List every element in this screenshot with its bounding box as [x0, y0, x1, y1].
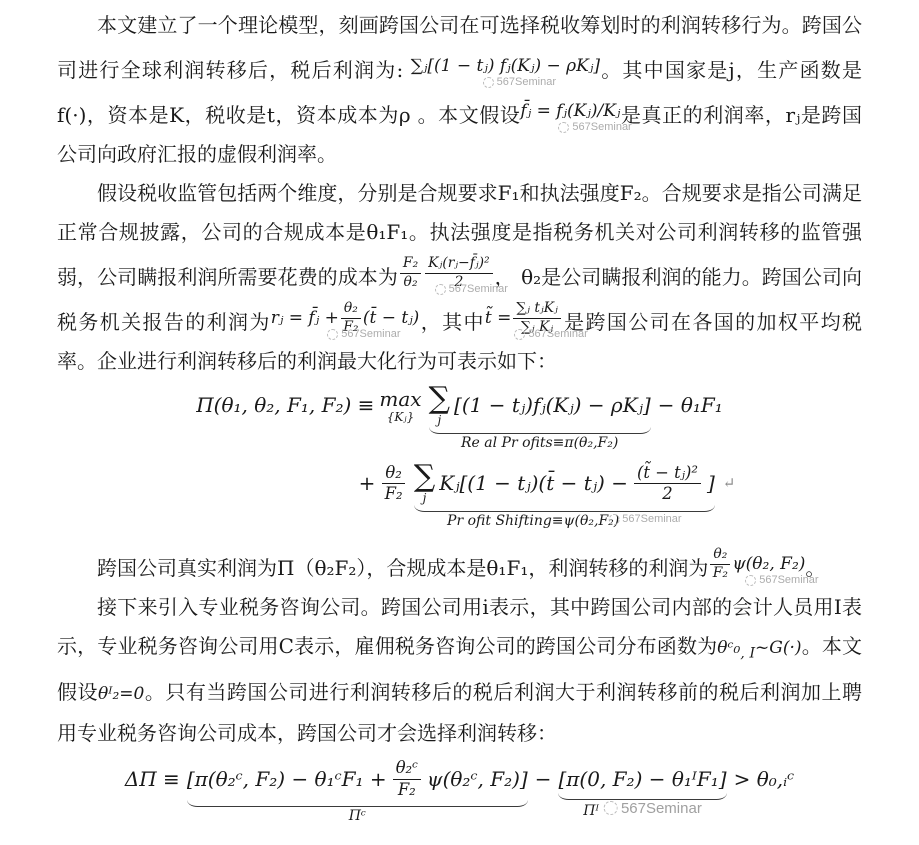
underbrace: [187, 800, 528, 807]
formula-text: rⱼ = f̄ⱼ +θ₂F₂(t̄ − tⱼ): [271, 308, 420, 328]
paragraph-model-intro: 本文建立了一个理论模型，刻画跨国公司在可选择税收筹划时的利润转移行为。跨国公司进…: [57, 6, 862, 174]
formula-line: ΔΠ ≡ [π(θ₂ᶜ, F₂) − θ₁ᶜF₁ + θ₂ᶜF₂ ψ(θ₂ᶜ, …: [125, 759, 794, 799]
pi-i-term: [π(0, F₂) − θ₁ᴵF₁] Πᴵ567Seminar: [556, 767, 728, 792]
operator: max: [379, 389, 421, 409]
fraction-numerator: Kⱼ(rⱼ−f̄ⱼ)²: [425, 256, 492, 274]
underbrace-label-pi-i: Πᴵ567Seminar: [583, 801, 702, 821]
document-page: 本文建立了一个理论模型，刻画跨国公司在可选择税收筹划时的利润转移行为。跨国公司进…: [0, 0, 919, 845]
term-body: [π(0, F₂) − θ₁ᴵF₁]: [558, 767, 726, 792]
fraction: ∑ⱼ tⱼKⱼ∑ⱼ Kⱼ: [513, 301, 560, 335]
formula-subscript: , I: [740, 645, 755, 661]
label-text: Re al Pr ofits≡π(θ₂,F₂): [461, 435, 618, 453]
term-tail: − θ₁F₁: [658, 393, 723, 418]
underbrace: [414, 505, 715, 512]
term-body: Kⱼ[(1 − tⱼ)(t̄ − tⱼ) −: [439, 471, 628, 496]
underbrace: [558, 793, 726, 800]
sum-operator: ∑j: [429, 385, 450, 426]
watermark-logo-icon: [483, 77, 494, 88]
max-operator: max{Kⱼ}: [379, 389, 421, 423]
formula-lhs: rⱼ = f̄ⱼ +: [271, 308, 339, 328]
formula-text: θᶜ₀: [717, 638, 740, 658]
term-body-close: ψ(θ₂ᶜ, F₂)]: [427, 767, 528, 792]
text-run: 。: [805, 556, 825, 580]
formula-participation-condition: ΔΠ ≡ [π(θ₂ᶜ, F₂) − θ₁ᶜF₁ + θ₂ᶜF₂ ψ(θ₂ᶜ, …: [57, 759, 862, 836]
text-run: ，其中: [419, 310, 485, 334]
formula-text: f̄ⱼ = fⱼ(Kⱼ)/Kⱼ: [520, 101, 620, 121]
plus-sign: +: [359, 471, 376, 496]
underbrace-label-pi-c: Πᶜ: [349, 808, 366, 826]
formula-text: ∑ⱼ[(1 − tⱼ) fⱼ(Kⱼ) − ρKⱼ]: [411, 56, 600, 76]
term-body: [π(θ₂ᶜ, F₂) − θ₁ᶜF₁ +: [187, 767, 387, 792]
text-run: 。只有当跨国公司进行利润转移后的税后利润大于利润转移前的税后利润加上聘用专业税务…: [57, 680, 862, 745]
operator-limit: j: [423, 492, 427, 504]
watermark-label: 567Seminar: [622, 514, 681, 525]
formula-text: θ₂F₂ψ(θ₂, F₂): [708, 554, 805, 574]
formula-profit-maximization: Π(θ₁, θ₂, F₁, F₂) ≡ max{Kⱼ} ∑j [(1 − tⱼ)…: [57, 385, 862, 541]
fraction-denominator: 2: [454, 274, 463, 291]
fraction-numerator: θ₂: [382, 464, 404, 484]
operator-limit: j: [437, 414, 441, 426]
text-run: 跨国公司真实利润为Π（θ₂F₂），合规成本是θ₁F₁，利润转移的利润为: [97, 556, 708, 580]
paragraph-consulting: 接下来引入专业税务咨询公司。跨国公司用i表示，其中跨国公司内部的会计人员用I表示…: [57, 588, 862, 753]
paragraph-true-profit: 跨国公司真实利润为Π（θ₂F₂），合规成本是θ₁F₁，利润转移的利润为θ₂F₂ψ…: [57, 543, 862, 588]
condition-tail: > θ₀,ᵢᶜ: [734, 767, 795, 792]
fraction-numerator: (t̃ − tⱼ)²: [634, 464, 701, 484]
formula-rhs: (t̄ − tⱼ): [363, 308, 419, 328]
return-mark: ↵: [723, 474, 736, 493]
formula-distribution: θᶜ₀, I~G(·): [717, 638, 801, 658]
fraction-denominator: F₂: [343, 319, 358, 336]
formula-lhs: t̃ =: [485, 308, 511, 328]
watermark: 567Seminar: [327, 329, 400, 340]
label-text: Pr ofit Shifting≡ψ(θ₂,F₂): [447, 513, 619, 531]
label-text: Πᴵ: [583, 803, 599, 821]
operator: ∑: [414, 463, 435, 490]
watermark-logo-icon: [745, 575, 756, 586]
fraction-denominator: 2: [662, 484, 672, 503]
fraction-denominator: F₂: [385, 484, 403, 503]
formula-after-tax-profit: ∑ⱼ[(1 − tⱼ) fⱼ(Kⱼ) − ρKⱼ]567Seminar: [411, 45, 600, 86]
minus-sign: −: [535, 767, 552, 792]
formula-theta-assumption: θᴵ₂=0: [98, 684, 144, 704]
fraction: θ₂ᶜF₂: [393, 759, 421, 799]
fraction-numerator: ∑ⱼ tⱼKⱼ: [513, 301, 560, 319]
formula-line-1: Π(θ₁, θ₂, F₁, F₂) ≡ max{Kⱼ} ∑j [(1 − tⱼ)…: [196, 385, 723, 426]
underbrace-label-real-profits: Re al Pr ofits≡π(θ₂,F₂): [461, 435, 618, 453]
watermark-logo-icon: [558, 122, 569, 133]
fraction-denominator: F₂: [713, 565, 728, 582]
formula-lhs: ΔΠ ≡: [125, 767, 180, 792]
watermark: 567Seminar: [604, 801, 702, 816]
formula-lhs: Π(θ₁, θ₂, F₁, F₂) ≡: [196, 393, 374, 418]
formula-text: ~G(·): [755, 638, 802, 658]
paragraph-regulation: 假设税收监管包括两个维度，分别是合规要求F₁和执法强度F₂。合规要求是指公司满足…: [57, 174, 862, 381]
underbrace-label-profit-shifting: Pr ofit Shifting≡ψ(θ₂,F₂)567Seminar: [447, 513, 682, 531]
fraction: F₂θ₂: [400, 256, 421, 290]
real-profits-term: ∑j [(1 − tⱼ)fⱼ(Kⱼ) − ρKⱼ] Re al Pr ofits…: [427, 385, 653, 426]
watermark-logo-icon: [604, 801, 618, 815]
pi-c-term: [π(θ₂ᶜ, F₂) − θ₁ᶜF₁ + θ₂ᶜF₂ ψ(θ₂ᶜ, F₂)] …: [185, 759, 530, 799]
formula-true-profit-rate: f̄ⱼ = fⱼ(Kⱼ)/Kⱼ567Seminar: [520, 90, 620, 131]
formula-text: t̃ =∑ⱼ tⱼKⱼ∑ⱼ Kⱼ: [485, 308, 563, 328]
fraction-denominator: ∑ⱼ Kⱼ: [521, 319, 553, 336]
fraction-numerator: θ₂: [710, 547, 730, 565]
fraction-numerator: θ₂: [341, 301, 361, 319]
fraction: θ₂F₂: [382, 464, 404, 504]
watermark-logo-icon: [608, 514, 619, 525]
term-body: [(1 − tⱼ)fⱼ(Kⱼ) − ρKⱼ]: [454, 393, 651, 418]
label-text: Πᶜ: [349, 808, 366, 826]
formula-line-2: + θ₂F₂ ∑j Kⱼ[(1 − tⱼ)(t̄ − tⱼ) − (t̃ − t…: [359, 463, 736, 504]
fraction: θ₂F₂: [341, 301, 361, 335]
profit-shifting-term: ∑j Kⱼ[(1 − tⱼ)(t̄ − tⱼ) − (t̃ − tⱼ)²2 ] …: [412, 463, 717, 504]
fraction: θ₂F₂: [710, 547, 730, 581]
fraction: (t̃ − tⱼ)²2: [634, 464, 701, 504]
psi-term: ψ(θ₂, F₂): [732, 554, 805, 574]
fraction-denominator: θ₂: [404, 274, 418, 291]
watermark: 567Seminar: [608, 514, 681, 525]
watermark-label: 567Seminar: [621, 801, 702, 816]
formula-text: F₂θ₂Kⱼ(rⱼ−f̄ⱼ)²2: [398, 263, 495, 283]
fraction-numerator: F₂: [400, 256, 421, 274]
fraction-denominator: F₂: [398, 780, 416, 799]
watermark-logo-icon: [327, 329, 338, 340]
formula-weighted-avg-tax: t̃ =∑ⱼ tⱼKⱼ∑ⱼ Kⱼ567Seminar: [485, 297, 563, 338]
term-body-close: ]: [707, 471, 715, 496]
watermark-label: 567Seminar: [497, 77, 556, 88]
sum-operator: ∑j: [414, 463, 435, 504]
fraction: Kⱼ(rⱼ−f̄ⱼ)²2: [425, 256, 492, 290]
operator: ∑: [429, 385, 450, 412]
underbrace: [429, 427, 651, 434]
fraction-numerator: θ₂ᶜ: [393, 759, 421, 779]
formula-shifted-profit: θ₂F₂ψ(θ₂, F₂)567Seminar: [708, 543, 805, 584]
operator-limit: {Kⱼ}: [387, 411, 414, 423]
formula-reported-profit: rⱼ = f̄ⱼ +θ₂F₂(t̄ − tⱼ)567Seminar: [271, 297, 420, 338]
watermark: 567Seminar: [483, 77, 556, 88]
formula-concealment-cost: F₂θ₂Kⱼ(rⱼ−f̄ⱼ)²2567Seminar: [398, 252, 495, 293]
